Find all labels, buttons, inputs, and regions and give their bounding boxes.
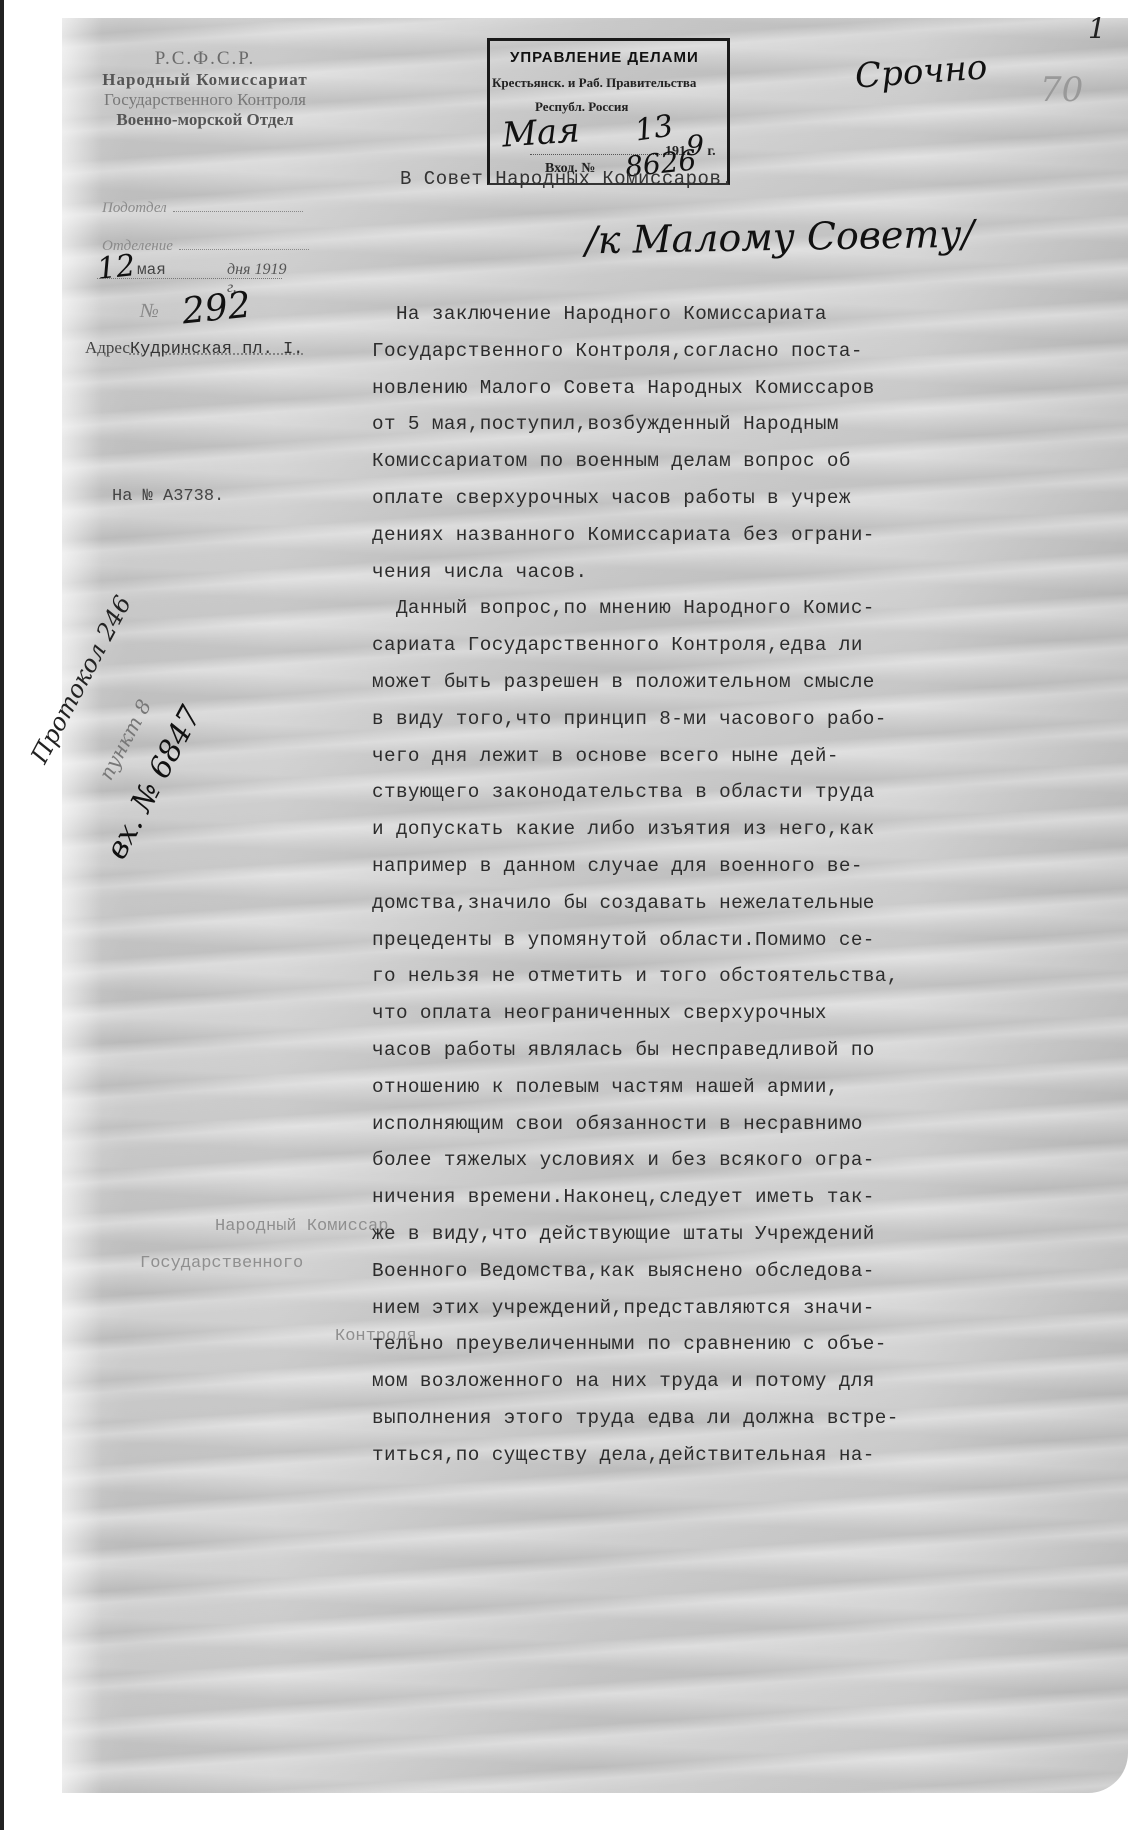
body-line: что оплата неограниченных сверхурочных bbox=[372, 995, 1122, 1032]
address-label: Адрес bbox=[85, 338, 130, 357]
body-line: оплате сверхурочных часов работы в учреж bbox=[372, 480, 1122, 517]
body-line: и допускать какие либо изъятия из него,к… bbox=[372, 811, 1122, 848]
body-line: нием этих учреждений,представляются знач… bbox=[372, 1290, 1122, 1327]
letterhead-department: Военно-морской Отдел bbox=[85, 110, 325, 130]
letterhead-republic: Р.С.Ф.С.Р. bbox=[85, 48, 325, 70]
body-line: Военного Ведомства,как выяснено обследов… bbox=[372, 1253, 1122, 1290]
outgoing-date: 12 мая дня 1919 г. bbox=[97, 258, 297, 288]
sender-address: АдресКудринская пл. I. bbox=[85, 338, 303, 359]
body-line: выполнения этого труда едва ли должна вс… bbox=[372, 1400, 1122, 1437]
outgoing-number-handwritten: 292 bbox=[180, 285, 253, 333]
subdivision-field: Подотдел bbox=[102, 200, 303, 217]
margin-handwritten-notes: Протокол 246 пункт 8 вх. № 6847 bbox=[40, 620, 300, 900]
letter-body: На заключение Народного КомиссариатаГосу… bbox=[372, 296, 1122, 1474]
body-line: го нельзя не отметить и того обстоятельс… bbox=[372, 958, 1122, 995]
body-line: титься,по существу дела,действительная н… bbox=[372, 1437, 1122, 1474]
body-line: Государственного Контроля,согласно поста… bbox=[372, 333, 1122, 370]
stamp-month-handwritten: Мая bbox=[501, 110, 581, 155]
stamp-government: Крестьянск. и Раб. Правительства bbox=[492, 75, 696, 91]
stamp-title: УПРАВЛЕНИЕ ДЕЛАМИ bbox=[510, 49, 699, 66]
pencil-number: 70 bbox=[1040, 70, 1083, 110]
body-line: прецеденты в упомянутой области.Помимо с… bbox=[372, 922, 1122, 959]
body-line: дениях названного Комиссариата без огран… bbox=[372, 517, 1122, 554]
body-line: новлению Малого Совета Народных Комиссар… bbox=[372, 370, 1122, 407]
body-line: ствующего законодательства в области тру… bbox=[372, 774, 1122, 811]
body-line: мом возложенного на них труда и потому д… bbox=[372, 1363, 1122, 1400]
body-line: же в виду,что действующие штаты Учрежден… bbox=[372, 1216, 1122, 1253]
letterhead: Р.С.Ф.С.Р. Народный Комиссариат Государс… bbox=[85, 48, 325, 130]
body-line: чения числа часов. bbox=[372, 554, 1122, 591]
date-month: мая bbox=[137, 261, 166, 279]
letterhead-control: Государственного Контроля bbox=[85, 90, 325, 110]
faint-signature-line-1: Народный Комиссар bbox=[215, 1217, 388, 1236]
faint-signature-line-2: Государственного bbox=[140, 1254, 303, 1273]
body-line: исполняющим свои обязанности в несравним… bbox=[372, 1106, 1122, 1143]
receipt-stamp: УПРАВЛЕНИЕ ДЕЛАМИ Крестьянск. и Раб. Пра… bbox=[487, 38, 730, 185]
folio-number: 1 bbox=[1088, 12, 1106, 45]
body-line: от 5 мая,поступил,возбужденный Народным bbox=[372, 406, 1122, 443]
body-line: чего дня лежит в основе всего ныне дей- bbox=[372, 738, 1122, 775]
body-line: например в данном случае для военного ве… bbox=[372, 848, 1122, 885]
body-line: отношению к полевым частям нашей армии, bbox=[372, 1069, 1122, 1106]
number-sign: № bbox=[140, 300, 159, 322]
body-line: Данный вопрос,по мнению Народного Комис- bbox=[372, 590, 1122, 627]
body-line: может быть разрешен в положительном смыс… bbox=[372, 664, 1122, 701]
body-line: На заключение Народного Комиссариата bbox=[372, 296, 1122, 333]
resolution-handwritten: /к Малому Совету/ bbox=[585, 212, 975, 263]
body-line: в виду того,что принцип 8-ми часового ра… bbox=[372, 701, 1122, 738]
addressee: В Совет Народных Комиссаров. bbox=[400, 168, 733, 190]
paper-fold-shadow bbox=[62, 18, 102, 1793]
body-line: тельно преувеличенными по сравнению с об… bbox=[372, 1326, 1122, 1363]
date-day-handwritten: 12 bbox=[95, 248, 137, 287]
body-line: домства,значило бы создавать нежелательн… bbox=[372, 885, 1122, 922]
letterhead-commissariat: Народный Комиссариат bbox=[85, 70, 325, 90]
body-line: более тяжелых условиях и без всякого огр… bbox=[372, 1142, 1122, 1179]
body-line: сариата Государственного Контроля,едва л… bbox=[372, 627, 1122, 664]
scan-edge bbox=[0, 0, 4, 1830]
subdivision-label: Подотдел bbox=[102, 200, 167, 216]
outgoing-number: № 292 bbox=[140, 300, 159, 323]
address-value: Кудринская пл. I. bbox=[130, 340, 303, 359]
body-line: ничения времени.Наконец,следует иметь та… bbox=[372, 1179, 1122, 1216]
stamp-year-unit: г. bbox=[707, 144, 715, 159]
body-line: Комиссариатом по военным делам вопрос об bbox=[372, 443, 1122, 480]
body-line: часов работы являлась бы несправедливой … bbox=[372, 1032, 1122, 1069]
reference-number: На № А3738. bbox=[112, 487, 224, 506]
